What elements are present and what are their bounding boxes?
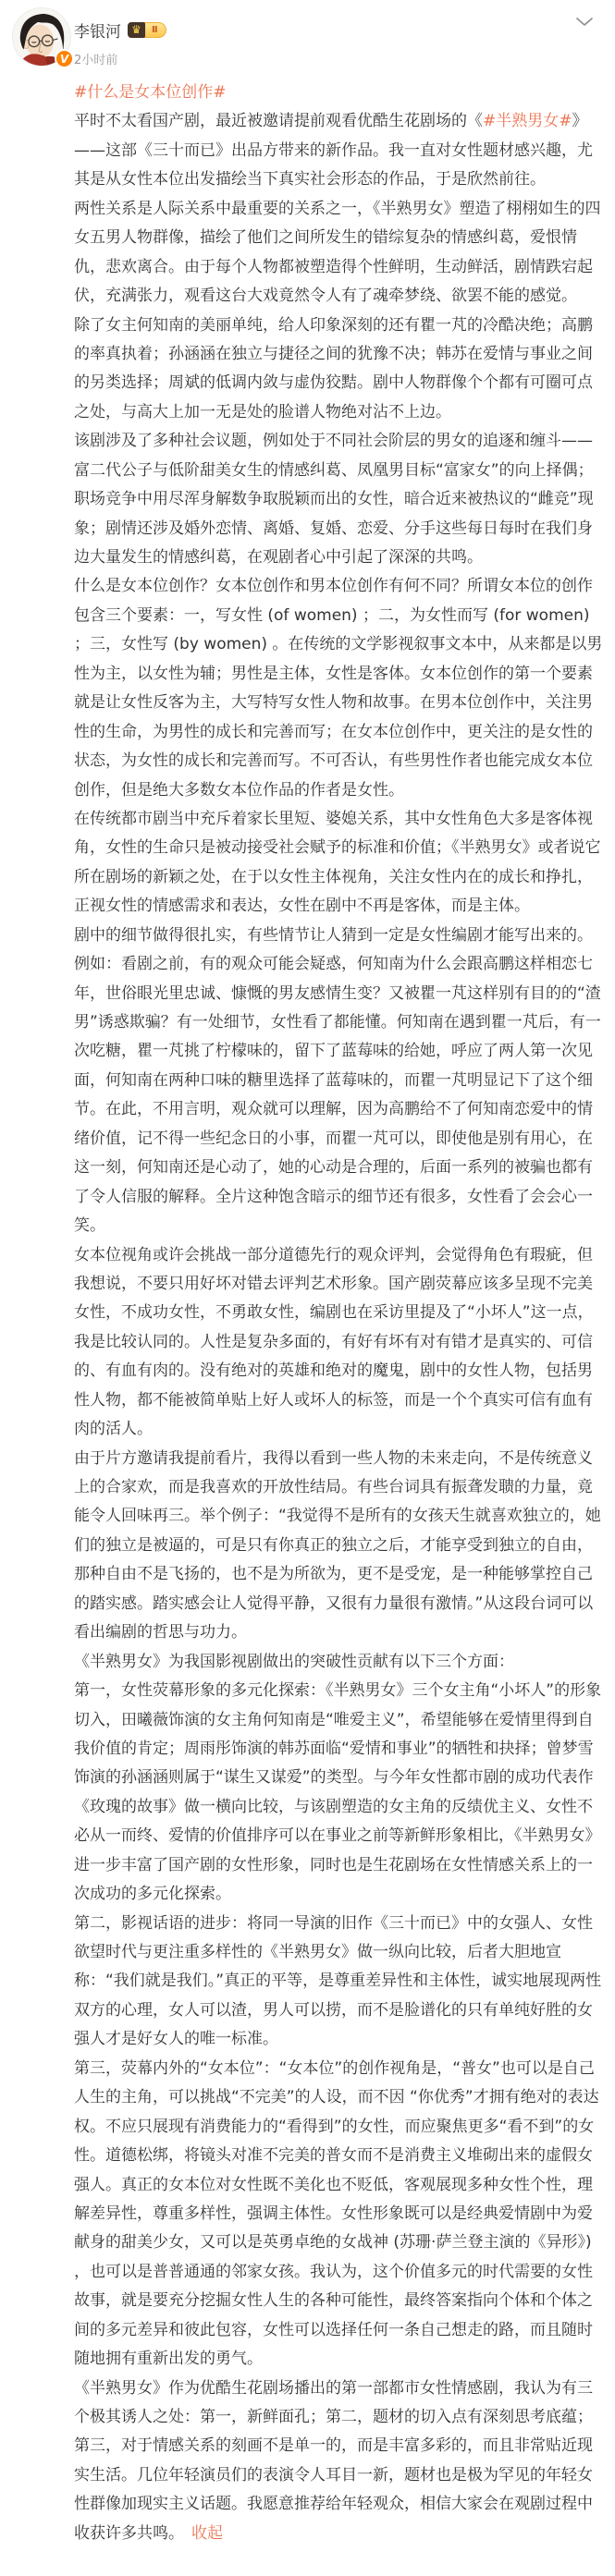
paragraph: 第二，影视话语的进步：将同一导演的旧作《三十而已》中的女强人、女性欲望时代与更注…	[74, 1910, 608, 2055]
verified-v-icon: V	[55, 49, 74, 68]
paragraph: 由于片方邀请我提前看片，我得以看到一些人物的未来走向，不是传统意义上的合家欢，而…	[74, 1445, 608, 1648]
weibo-post: V 李银河 ♛ Ⅱ 2小时前 #什么是女本位创作# 平时不太看国产剧，最近被邀请…	[0, 0, 615, 2576]
timestamp: 2小时前	[74, 50, 578, 67]
post-body: #什么是女本位创作# 平时不太看国产剧，最近被邀请提前观看优酷生花剧场的《#半熟…	[0, 67, 615, 2576]
paragraph: 第一，女性荧幕形象的多元化探索：《半熟男女》三个女主角“小坏人”的形象切入，田曦…	[74, 1677, 608, 1910]
post-menu-chevron-down-icon[interactable]	[572, 13, 597, 31]
avatar[interactable]: V	[12, 7, 71, 67]
paragraph: 女本位视角或许会挑战一部分道德先行的观众评判，会觉得角色有瑕疵，但我想说，不要只…	[74, 1241, 608, 1445]
paragraph: 第三，荧幕内外的“女本位”：“女本位”的创作视角是，“普女”也可以是自己人生的主…	[74, 2055, 608, 2375]
hashtag-title-line: #什么是女本位创作#	[74, 79, 608, 107]
paragraph: 什么是女本位创作？女本位创作和男本位创作有何不同？所谓女本位的创作包含三个要素：…	[74, 572, 608, 805]
collapse-link[interactable]: 收起	[191, 2524, 223, 2543]
paragraph: 在传统都市剧当中充斥着家长里短、婆媳关系，其中女性角色大多是客体视角，女性的生命…	[74, 805, 608, 922]
paragraph: 《半熟男女》作为优酷生花剧场播出的第一部都市女性情感剧，我认为有三个极其诱人之处…	[74, 2375, 608, 2549]
paragraph: 平时不太看国产剧，最近被邀请提前观看优酷生花剧场的《#半熟男女#》——这部《三十…	[74, 107, 608, 194]
paragraph: 两性关系是人际关系中最重要的关系之一，《半熟男女》塑造了栩栩如生的四女五男人物群…	[74, 195, 608, 311]
post-header: 李银河 ♛ Ⅱ 2小时前	[0, 0, 615, 67]
paragraph: 《半熟男女》为我国影视剧做出的突破性贡献有以下三个方面：	[74, 1648, 608, 1677]
username[interactable]: 李银河	[74, 18, 121, 42]
vip-level-label: Ⅱ	[142, 22, 166, 38]
paragraph-text: 《半熟男女》作为优酷生花剧场播出的第一部都市女性情感剧，我认为有三个极其诱人之处…	[74, 2379, 593, 2543]
paragraph: 剧中的细节做得很扎实，有些情节让人猜到一定是女性编剧才能写出来的。例如：看剧之前…	[74, 922, 608, 1241]
paragraph: 除了女主何知南的美丽单纯，给人印象深刻的还有瞿一芃的冷酷决绝；高鹏的率真执着；孙…	[74, 311, 608, 428]
vip-crown-badge[interactable]: ♛ Ⅱ	[128, 22, 166, 38]
hashtag-title-link[interactable]: #什么是女本位创作#	[74, 83, 227, 102]
paragraph: 该剧涉及了多种社会议题，例如处于不同社会阶层的男女的追逐和缠斗——富二代公子与低…	[74, 427, 608, 572]
hashtag-inline-link[interactable]: #半熟男女#	[483, 112, 572, 130]
paragraph-text: 平时不太看国产剧，最近被邀请提前观看优酷生花剧场的《	[74, 112, 483, 130]
crown-icon: ♛	[128, 22, 145, 38]
